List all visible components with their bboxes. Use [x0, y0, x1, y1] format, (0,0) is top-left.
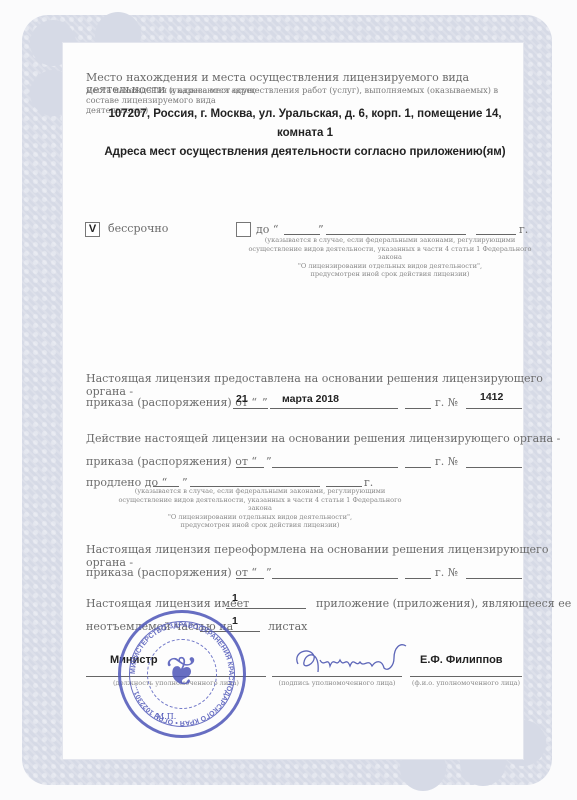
extended-note: (указывается в случае, если федеральными… — [110, 487, 410, 530]
name-line — [410, 676, 522, 677]
reissued-year-field[interactable] — [405, 578, 431, 579]
order-label: приказа (распоряжения) от — [86, 455, 248, 468]
attachments-sheets-suffix: листах — [268, 620, 307, 633]
until-year-field[interactable] — [476, 234, 516, 235]
reissued-order-label: приказа (распоряжения) от “ — [86, 566, 257, 579]
order-label: приказа (распоряжения) от — [86, 396, 248, 409]
address-line-1: 107207, Россия, г. Москва, ул. Уральская… — [80, 108, 530, 120]
stamp-ring-text: МИНИСТЕРСТВО ЗДРАВООХРАНЕНИЯ КРАСНОДАРСК… — [121, 613, 243, 735]
reissued-month-field[interactable] — [272, 578, 398, 579]
official-stamp: МИНИСТЕРСТВО ЗДРАВООХРАНЕНИЯ КРАСНОДАРСК… — [118, 610, 246, 738]
granted-number-field[interactable] — [466, 408, 522, 409]
note-line: (указывается в случае, если федеральными… — [245, 236, 535, 245]
extended-line-1: Действие настоящей лицензии на основании… — [86, 432, 560, 445]
extended-day-field[interactable] — [236, 467, 264, 468]
granted-month-field[interactable] — [270, 408, 398, 409]
extended-order-label: приказа (распоряжения) от “ — [86, 455, 257, 468]
signature — [290, 642, 420, 680]
granted-year-field[interactable] — [405, 408, 431, 409]
address-line-3: Адреса мест осуществления деятельности с… — [80, 146, 530, 158]
granted-number-label: г. № — [435, 396, 458, 409]
quote-close: ” — [318, 223, 324, 236]
extended-number-label: г. № — [435, 455, 458, 468]
order-label: приказа (распоряжения) от — [86, 566, 248, 579]
note-line: (указывается в случае, если федеральными… — [110, 487, 410, 496]
until-day-field[interactable] — [284, 234, 320, 235]
svg-text:МИНИСТЕРСТВО ЗДРАВООХРАНЕНИЯ К: МИНИСТЕРСТВО ЗДРАВООХРАНЕНИЯ КРАСНОДАРСК… — [130, 622, 234, 726]
attachments-line-start: Настоящая лицензия имеет — [86, 597, 249, 610]
reissued-number-field[interactable] — [466, 578, 522, 579]
note-line: "О лицензировании отдельных видов деятел… — [110, 513, 410, 522]
signature-caption: (подпись уполномоченного лица) — [272, 679, 402, 688]
extended-month-field[interactable] — [272, 467, 398, 468]
coat-of-arms-icon: ❦ — [159, 647, 205, 697]
indefinite-label: бессрочно — [108, 222, 168, 235]
extended-year-field[interactable] — [405, 467, 431, 468]
note-line: предусмотрен иной срок действия лицензии… — [245, 270, 535, 279]
attachments-count: 1 — [232, 592, 238, 604]
note-line: предусмотрен иной срок действия лицензии… — [110, 521, 410, 530]
note-line: осуществление видов деятельности, указан… — [245, 245, 535, 262]
attachments-count-field[interactable] — [226, 608, 306, 609]
location-note-text: места нахождения и адреса мест осуществл… — [86, 85, 498, 105]
stamp-mark: М.П. — [156, 712, 176, 721]
until-text: до — [256, 223, 269, 236]
address-line-2: комната 1 — [80, 127, 530, 139]
signatory-name: Е.Ф. Филиппов — [420, 654, 503, 666]
granted-number: 1412 — [480, 391, 503, 403]
signature-line — [272, 676, 402, 677]
until-month-field[interactable] — [326, 234, 466, 235]
until-checkbox[interactable] — [236, 222, 251, 237]
quote-open: “ — [273, 223, 279, 236]
extended-number-field[interactable] — [466, 467, 522, 468]
name-caption: (ф.и.о. уполномоченного лица) — [410, 679, 522, 688]
attachments-line-end: приложение (приложения), являющееся ее — [316, 597, 571, 610]
validity-note: (указывается в случае, если федеральными… — [245, 236, 535, 279]
granted-order-label: приказа (распоряжения) от “ — [86, 396, 257, 409]
indefinite-checkbox[interactable]: V — [85, 222, 100, 237]
granted-day: 21 — [236, 393, 248, 405]
year-suffix: г. — [519, 223, 528, 236]
reissued-number-label: г. № — [435, 566, 458, 579]
reissued-day-field[interactable] — [236, 578, 264, 579]
until-label: до “ — [256, 223, 279, 236]
granted-month-year: марта 2018 — [282, 393, 339, 405]
note-line: "О лицензировании отдельных видов деятел… — [245, 262, 535, 271]
note-line: осуществление видов деятельности, указан… — [110, 496, 410, 513]
